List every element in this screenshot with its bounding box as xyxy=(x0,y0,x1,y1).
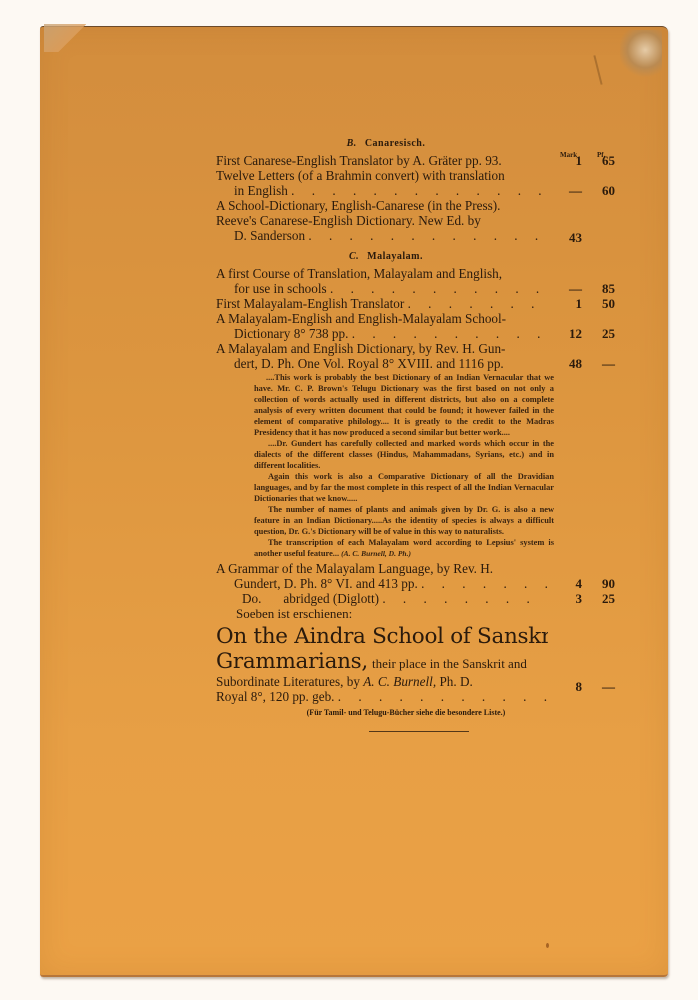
featured-book: On the Aindra School of Sanskrit Grammar… xyxy=(216,624,616,704)
list-item: A Grammar of the Malayalam Language, by … xyxy=(216,561,616,591)
dot-leaders: . . . . . . . . . . . . . xyxy=(330,281,548,296)
review-quote: ....This work is probably the best Dicti… xyxy=(254,372,554,559)
dot-leaders: . . . . . . . . . . . . . xyxy=(421,576,548,591)
entry-title: A Malayalam and English Dictionary, by R… xyxy=(216,341,548,356)
list-item: A School-Dictionary, English-Canarese (i… xyxy=(216,198,616,213)
list-item: A Malayalam and English Dictionary, by R… xyxy=(216,341,616,371)
ditto-mark: Do. xyxy=(242,591,261,606)
list-item: A first Course of Translation, Malayalam… xyxy=(216,266,616,296)
entry-title: A first Course of Translation, Malayalam… xyxy=(216,266,548,281)
entry-title: Reeve's Canarese-English Dictionary. New… xyxy=(216,213,548,228)
price-mark: 12 xyxy=(556,326,582,341)
section-name: Canaresisch. xyxy=(365,138,426,149)
review-citation: (A. C. Burnell, D. Ph.) xyxy=(341,549,411,558)
featured-title-cont: Grammarians, xyxy=(216,649,368,674)
featured-author: A. C. Burnell, xyxy=(363,674,436,689)
price-mark: 4 xyxy=(556,576,582,591)
price-mark: — xyxy=(556,281,582,296)
price-pf: — xyxy=(591,679,615,694)
section-title-malayalam: C.Malayalam. xyxy=(216,251,616,262)
entry-title: Twelve Letters (of a Brahmin convert) wi… xyxy=(216,168,548,183)
section-letter: B. xyxy=(347,138,357,149)
list-item: A Malayalam-English and English-Malayala… xyxy=(216,311,616,341)
price-pf: — xyxy=(591,356,615,371)
review-paragraph: Again this work is also a Comparative Di… xyxy=(254,471,554,504)
worn-corner xyxy=(620,30,662,80)
dot-leaders: . . . . . . . . . . . . . xyxy=(338,689,548,704)
price-pf: 25 xyxy=(591,326,615,341)
featured-subtitle: Subordinate Literatures, by xyxy=(216,674,360,689)
dot-leaders: . . . . . . . . . . . . . xyxy=(352,326,548,341)
worn-corner xyxy=(44,24,86,52)
featured-format: Royal 8°, 120 pp. geb. xyxy=(216,689,334,704)
section-letter: C. xyxy=(349,251,359,262)
list-item: Do.abridged (Diglott) . . . . . . . . . … xyxy=(216,591,616,606)
author-degree: Ph. D. xyxy=(439,674,472,689)
paper-stain xyxy=(546,943,549,948)
entry-title-cont: for use in schools xyxy=(234,281,327,296)
price-mark: 48 xyxy=(556,356,582,371)
footnote: (Für Tamil- und Telugu-Bücher siehe die … xyxy=(216,708,576,717)
entry-title-cont: in English xyxy=(234,183,288,198)
price-list: B.Canaresisch. Mark Pf. First Canarese-E… xyxy=(216,138,616,732)
entry-title-cont: Gundert, D. Ph. 8° VI. and 413 pp. xyxy=(234,576,418,591)
review-paragraph: ....This work is probably the best Dicti… xyxy=(254,372,554,438)
review-paragraph: The number of names of plants and animal… xyxy=(254,504,554,537)
dot-leaders: . . . . . . . . . . . . . xyxy=(382,591,548,606)
price-mark: 1 xyxy=(556,153,582,168)
list-item: Reeve's Canarese-English Dictionary. New… xyxy=(216,213,616,243)
entry-title-cont: dert, D. Ph. One Vol. Royal 8° XVIII. an… xyxy=(216,356,548,371)
list-item: First Malayalam-English Translator . . .… xyxy=(216,296,616,311)
list-item: Twelve Letters (of a Brahmin convert) wi… xyxy=(216,168,616,198)
price-mark: 8 xyxy=(556,679,582,694)
price-pf: 60 xyxy=(591,183,615,198)
entry-title: A Malayalam-English and English-Malayala… xyxy=(216,311,548,326)
entry-title: First Canarese-English Translator by A. … xyxy=(216,153,548,168)
announcement-text: Soeben ist erschienen: xyxy=(216,606,616,622)
entry-title: First Malayalam-English Translator xyxy=(216,296,404,311)
price-mark: 1 xyxy=(556,296,582,311)
section-name: Malayalam. xyxy=(367,251,423,262)
divider-rule xyxy=(369,731,469,732)
entry-title: A School-Dictionary, English-Canarese (i… xyxy=(216,198,548,213)
dot-leaders: . . . . . . . . . . . . . xyxy=(308,228,548,243)
featured-subtitle: their place in the Sanskrit and xyxy=(372,656,527,671)
price-mark: 3 xyxy=(556,591,582,606)
price-pf: 85 xyxy=(591,281,615,296)
price-pf: 25 xyxy=(591,591,615,606)
featured-title: On the Aindra School of Sanskrit xyxy=(216,624,548,649)
entry-title: abridged (Diglott) xyxy=(283,591,379,606)
price-pf: 65 xyxy=(591,153,615,168)
price-pf: 50 xyxy=(591,296,615,311)
dot-leaders: . . . . . . . . . . . . . xyxy=(408,296,548,311)
entry-title: A Grammar of the Malayalam Language, by … xyxy=(216,561,548,576)
review-paragraph: ....Dr. Gundert has carefully collected … xyxy=(254,438,554,471)
price-mark: — xyxy=(556,183,582,198)
dot-leaders: . . . . . . . . . . . . . xyxy=(291,183,548,198)
price-mark: 43 xyxy=(556,230,582,245)
price-pf: 90 xyxy=(591,576,615,591)
entry-title-cont: D. Sanderson xyxy=(234,228,305,243)
list-item: First Canarese-English Translator by A. … xyxy=(216,153,616,168)
entry-title-cont: Dictionary 8° 738 pp. xyxy=(234,326,348,341)
section-title-canaresisch: B.Canaresisch. xyxy=(216,138,616,149)
